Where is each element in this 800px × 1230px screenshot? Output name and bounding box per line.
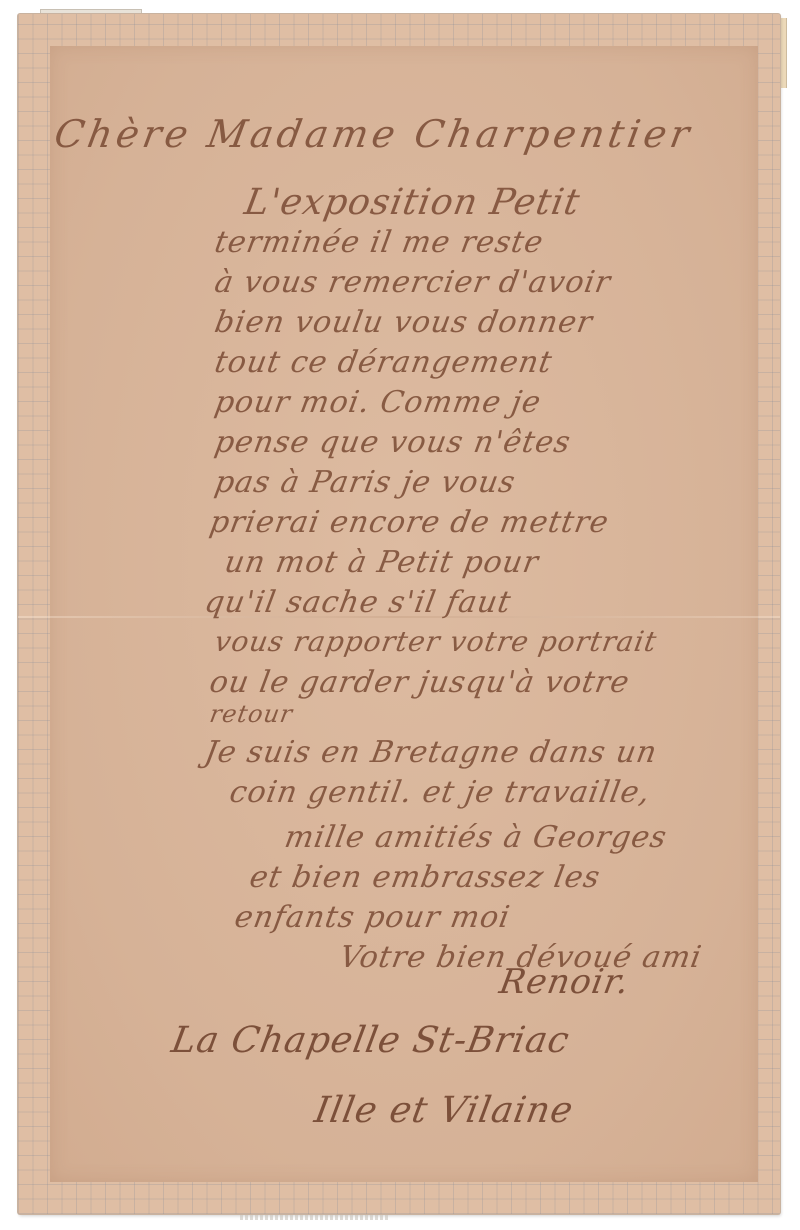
letter-line: coin gentil. et je travaille, [227, 775, 653, 810]
letter-line: vous rapporter votre portrait [212, 625, 660, 658]
letter-line: pense que vous n'êtes [212, 425, 574, 460]
letter-line: retour [208, 700, 296, 728]
signature: Renoir. [496, 962, 632, 1002]
letter-line: à vous remercier d'avoir [212, 265, 614, 300]
letter-line: qu'il sache s'il faut [202, 585, 514, 620]
letter-line: ou le garder jusqu'à votre [207, 665, 633, 700]
letter-line: enfants pour moi [232, 900, 513, 935]
salutation: Chère Madame Charpentier [51, 112, 696, 156]
letter-line: L'exposition Petit [241, 182, 583, 223]
letter-line: pas à Paris je vous [212, 465, 519, 500]
letter-line: pour moi. Comme je [212, 385, 544, 420]
letter-line: tout ce dérangement [212, 345, 555, 380]
letter-line: un mot à Petit pour [222, 545, 542, 580]
letter-line: terminée il me reste [212, 225, 546, 260]
letter-line: bien voulu vous donner [212, 305, 596, 340]
scan-mark [240, 1215, 390, 1220]
address-line-2: Ille et Vilaine [311, 1090, 576, 1131]
letter-line: et bien embrassez les [247, 860, 603, 895]
letter-line: mille amitiés à Georges [282, 820, 670, 855]
letter-line: prierai encore de mettre [207, 505, 612, 540]
address-line-1: La Chapelle St-Briac [168, 1020, 572, 1061]
letter-line: Je suis en Bretagne dans un [202, 735, 660, 770]
